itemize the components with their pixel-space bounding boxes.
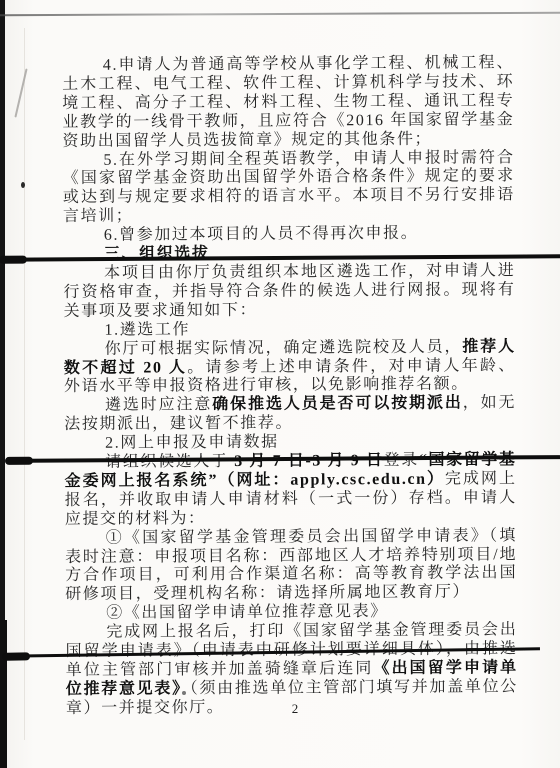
paper-crease-mark bbox=[14, 68, 27, 117]
text-segment: 6.曾参加过本项目的人员不得再次申报。 bbox=[104, 225, 419, 244]
text-segment: ②《出国留学申请单位推荐意见表》 bbox=[106, 603, 388, 622]
text-segment: 遴选时应注意 bbox=[105, 396, 212, 414]
paragraph-quota: 你厅可根据实际情况，确定遴选院校及人员，推荐人数不超过 20 人。请参考上述申请… bbox=[64, 338, 516, 397]
paragraph-registration: 请组织候选人于 3 月 7 日-3 月 9 日登录“国家留学基金委网上报名系统”… bbox=[64, 451, 516, 529]
text-segment: 4.申请人为普通高等学校从事化学工程、机械工程、土木工程、电气工程、软件工程、计… bbox=[62, 54, 514, 149]
paragraph-condition-4: 4.申请人为普通高等学校从事化学工程、机械工程、土木工程、电气工程、软件工程、计… bbox=[62, 54, 515, 151]
text-segment: 你厅可根据实际情况，确定遴选院校及人员， bbox=[105, 338, 463, 357]
paragraph-dispatch-note: 遴选时应注意确保推选人员是否可以按期派出，如无法按期派出，建议暂不推荐。 bbox=[64, 395, 516, 436]
text-segment: 本项目由你厅负责组织本地区遴选工作，对申请人进行资格审查，并指导符合条件的候选人… bbox=[63, 262, 515, 320]
text-segment-bold: 确保推选人员是否可以按期派出 bbox=[212, 395, 463, 414]
ink-speck bbox=[21, 182, 25, 188]
scan-line-top bbox=[0, 12, 560, 16]
page-number: 2 bbox=[0, 701, 560, 717]
scanned-document-page: 4.申请人为普通高等学校从事化学工程、机械工程、土木工程、电气工程、软件工程、计… bbox=[0, 0, 560, 768]
text-segment: 1.遴选工作 bbox=[104, 321, 190, 339]
text-segment: 2.网上申报及申请数据 bbox=[105, 434, 279, 452]
document-body: 4.申请人为普通高等学校从事化学工程、机械工程、土木工程、电气工程、软件工程、计… bbox=[62, 54, 518, 718]
text-segment: 5.在外学习期间全程英语教学，申请人申报时需符合《国家留学基金资助出国留学外语合… bbox=[63, 149, 515, 225]
text-segment: ①《国家留学基金管理委员会出国留学申请表》（填表时注意：申报项目名称：西部地区人… bbox=[65, 527, 517, 603]
paper-edge-shadow bbox=[24, 28, 25, 740]
paragraph-selection-overview: 本项目由你厅负责组织本地区遴选工作，对申请人进行资格审查，并指导符合条件的候选人… bbox=[63, 262, 515, 321]
paragraph-condition-5: 5.在外学习期间全程英语教学，申请人申报时需符合《国家留学基金资助出国留学外语合… bbox=[63, 149, 515, 227]
paragraph-material-1: ①《国家留学基金管理委员会出国留学申请表》（填表时注意：申报项目名称：西部地区人… bbox=[65, 527, 517, 605]
text-segment: 登录 bbox=[384, 452, 419, 469]
scan-edge-left-bottom bbox=[0, 620, 7, 768]
